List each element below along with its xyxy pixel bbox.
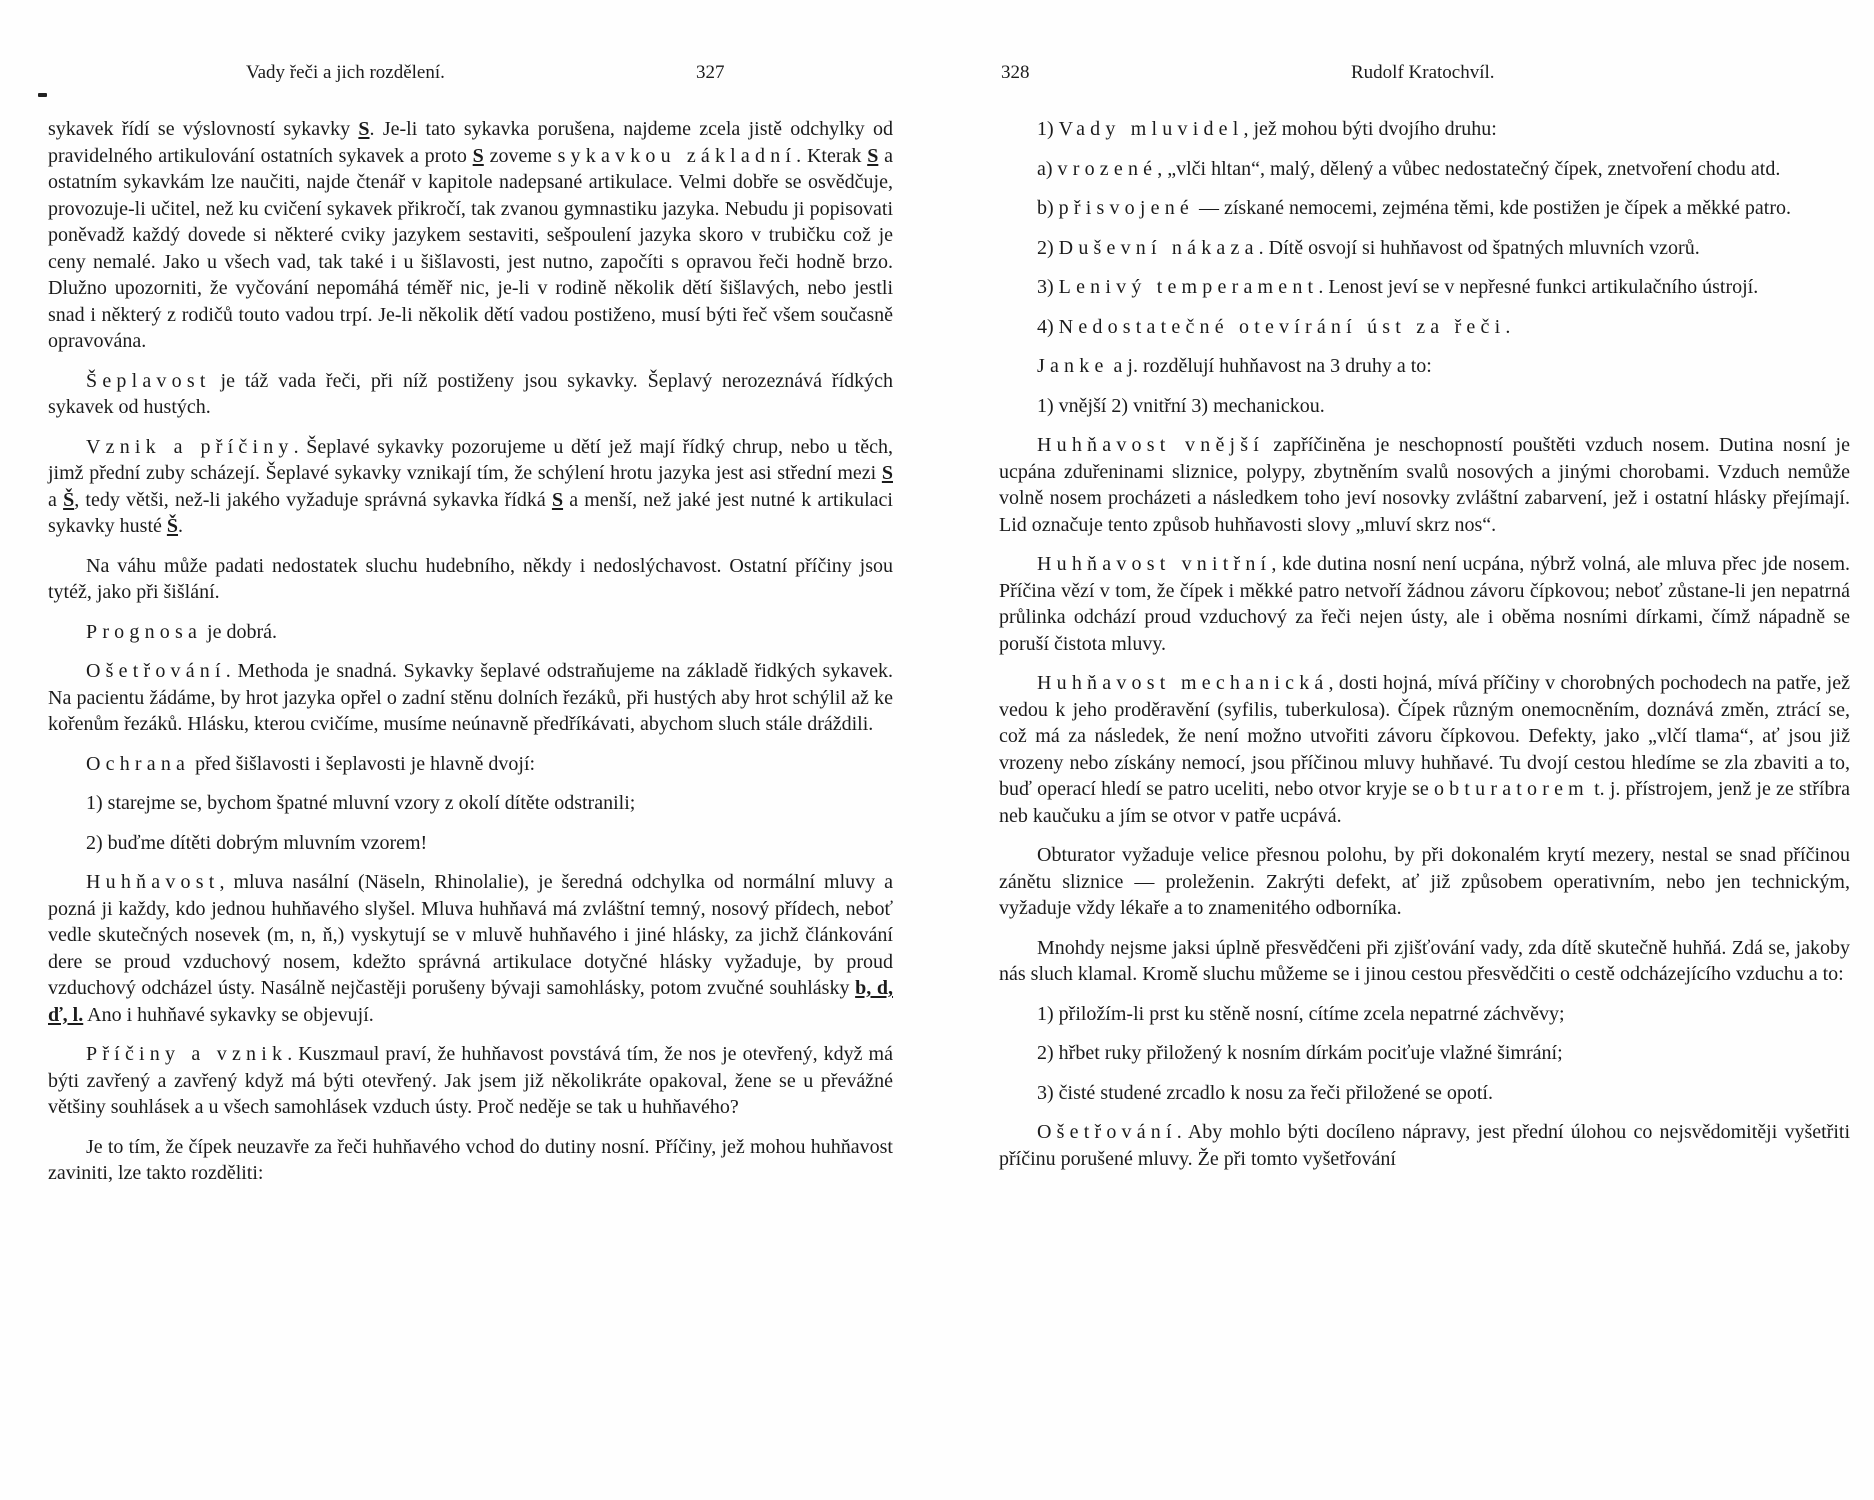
text-segment: 1) přiložím-li prst ku stěně nosní, cítí…: [1037, 1003, 1565, 1025]
text-segment: sykavek řídí se výslovností sykavky: [48, 118, 358, 140]
paragraph: sykavek řídí se výslovností sykavky S. J…: [48, 116, 893, 355]
paragraph: 1) přiložím-li prst ku stěně nosní, cítí…: [999, 1001, 1850, 1028]
text-segment: Na váhu může padati nedostatek sluchu hu…: [48, 555, 893, 604]
text-segment: Příčiny a vznik: [86, 1043, 287, 1065]
book-spread: Vady řeči a jich rozdělení. 327 sykavek …: [0, 0, 1874, 1500]
paragraph: Ochrana před šišlavosti i šeplavosti je …: [48, 751, 893, 778]
paragraph: Huhňavost vnitřní, kde dutina nosní není…: [999, 551, 1850, 657]
text-segment: Vznik a příčiny: [86, 436, 294, 458]
text-segment: , tedy větši, než-li jakého vyžaduje spr…: [74, 489, 552, 511]
text-segment: je dobrá.: [202, 621, 277, 643]
text-segment: Š: [63, 489, 74, 511]
paragraph: Je to tím, že čípek neuzavře za řeči huh…: [48, 1134, 893, 1187]
text-segment: 1): [1037, 118, 1059, 140]
text-segment: Huhňavost vnější: [1037, 434, 1264, 456]
text-segment: 2): [1037, 237, 1059, 259]
paragraph: 3) Lenivý temperament. Lenost jeví se v …: [999, 274, 1850, 301]
text-segment: vrozené: [1058, 158, 1158, 180]
text-segment: , jež mohou býti dvojího druhu:: [1243, 118, 1496, 140]
paragraph: a) vrozené, „vlči hltan“, malý, dělený a…: [999, 156, 1850, 183]
text-segment: Huhňavost: [86, 871, 219, 893]
paragraph: Mnohdy nejsme jaksi úplně přesvědčeni př…: [999, 935, 1850, 988]
paragraph: Na váhu může padati nedostatek sluchu hu…: [48, 553, 893, 606]
paragraph: Janke a j. rozdělují huhňavost na 3 druh…: [999, 353, 1850, 380]
paragraph: Huhňavost mechanická, dosti hojná, mívá …: [999, 670, 1850, 829]
text-segment: — získané nemocemi, zejména těmi, kde po…: [1194, 197, 1791, 219]
text-segment: a ostatním sykavkám lze naučiti, najde č…: [48, 145, 893, 353]
text-segment: Vady mluvidel: [1059, 118, 1244, 140]
right-page-number: 328: [1001, 62, 1030, 84]
text-segment: Ošetřování: [1037, 1121, 1177, 1143]
text-segment: přisvojené: [1059, 197, 1194, 219]
text-segment: 1) starejme se, bychom špatné mluvní vzo…: [86, 792, 635, 814]
text-segment: 2) hřbet ruky přiložený k nosním dírkám …: [1037, 1042, 1563, 1064]
paragraph: 1) vnější 2) vnitřní 3) mechanickou.: [999, 393, 1850, 420]
text-segment: 3): [1037, 276, 1059, 298]
text-segment: .: [178, 515, 183, 537]
left-page-header: Vady řeči a jich rozdělení. 327: [48, 62, 893, 92]
text-segment: Šeplavost: [86, 370, 211, 392]
paragraph: 2) Duševní nákaza. Dítě osvojí si huhňav…: [999, 235, 1850, 262]
text-segment: a): [1037, 158, 1058, 180]
text-segment: S: [882, 462, 893, 484]
left-page-number: 327: [696, 62, 725, 84]
text-segment: S: [473, 145, 484, 167]
paragraph: 2) buďme dítěti dobrým mluvním vzorem!: [48, 830, 893, 857]
paragraph: Huhňavost vnější zapříčiněna je neschopn…: [999, 432, 1850, 538]
page-327: Vady řeči a jich rozdělení. 327 sykavek …: [0, 0, 937, 1500]
left-page-body: sykavek řídí se výslovností sykavky S. J…: [48, 116, 893, 1187]
paragraph: 3) čisté studené zrcadlo k nosu za řeči …: [999, 1080, 1850, 1107]
paragraph: 1) starejme se, bychom špatné mluvní vzo…: [48, 790, 893, 817]
text-segment: a j. rozdělují huhňavost na 3 druhy a to…: [1109, 355, 1432, 377]
text-segment: Huhňavost mechanická: [1037, 672, 1329, 694]
paragraph: 4) Nedostatečné otevírání úst za řeči.: [999, 314, 1850, 341]
paragraph: Příčiny a vznik. Kuszmaul praví, že huhň…: [48, 1041, 893, 1121]
right-page-header: 328 Rudolf Kratochvíl.: [999, 62, 1850, 92]
text-segment: b): [1037, 197, 1059, 219]
text-segment: Mnohdy nejsme jaksi úplně přesvědčeni př…: [999, 937, 1850, 986]
paragraph: Šeplavost je táž vada řeči, při níž post…: [48, 368, 893, 421]
text-segment: Š: [167, 515, 178, 537]
text-segment: S: [867, 145, 878, 167]
text-segment: Obturator vyžaduje velice přesnou polohu…: [999, 844, 1850, 919]
text-segment: Ochrana: [86, 753, 190, 775]
text-segment: Nedostatečné otevírání úst za řeči.: [1059, 316, 1516, 338]
text-segment: S: [358, 118, 369, 140]
paragraph: b) přisvojené — získané nemocemi, zejmén…: [999, 195, 1850, 222]
text-segment: Prognosa: [86, 621, 202, 643]
text-segment: S: [552, 489, 563, 511]
paragraph: Prognosa je dobrá.: [48, 619, 893, 646]
text-segment: . Dítě osvojí si huhňavost od špatných m…: [1259, 237, 1700, 259]
left-running-title: Vady řeči a jich rozdělení.: [246, 62, 445, 84]
text-segment: před šišlavosti i šeplavosti je hlavně d…: [190, 753, 535, 775]
text-segment: Duševní nákaza: [1059, 237, 1259, 259]
text-segment: Ano i huhňavé sykavky se objevují.: [83, 1004, 374, 1026]
right-page-body: 1) Vady mluvidel, jež mohou býti dvojího…: [999, 116, 1850, 1172]
text-segment: Je to tím, že čípek neuzavře za řeči huh…: [48, 1136, 893, 1185]
text-segment: sykavkou základní: [558, 145, 797, 167]
right-running-title: Rudolf Kratochvíl.: [1351, 62, 1495, 84]
text-segment: 4): [1037, 316, 1059, 338]
text-segment: Ošetřování: [86, 660, 226, 682]
page-328: 328 Rudolf Kratochvíl. 1) Vady mluvidel,…: [937, 0, 1874, 1500]
text-segment: Lenivý temperament: [1059, 276, 1319, 298]
paragraph: Ošetřování. Methoda je snadná. Sykavky š…: [48, 658, 893, 738]
paragraph: 2) hřbet ruky přiložený k nosním dírkám …: [999, 1040, 1850, 1067]
paragraph: Ošetřování. Aby mohlo býti docíleno nápr…: [999, 1119, 1850, 1172]
text-segment: 2) buďme dítěti dobrým mluvním vzorem!: [86, 832, 427, 854]
text-segment: obturatorem: [1434, 778, 1589, 800]
paragraph: Obturator vyžaduje velice přesnou polohu…: [999, 842, 1850, 922]
text-segment: a: [48, 489, 63, 511]
text-segment: 3) čisté studené zrcadlo k nosu za řeči …: [1037, 1082, 1493, 1104]
text-segment: Janke: [1037, 355, 1109, 377]
text-segment: 1) vnější 2) vnitřní 3) mechanickou.: [1037, 395, 1325, 417]
paragraph: Huhňavost, mluva nasální (Näseln, Rhinol…: [48, 869, 893, 1028]
text-segment: Huhňavost vnitřní: [1037, 553, 1271, 575]
paragraph: 1) Vady mluvidel, jež mohou býti dvojího…: [999, 116, 1850, 143]
text-segment: . Kterak: [796, 145, 867, 167]
text-segment: , „vlči hltan“, malý, dělený a vůbec ned…: [1157, 158, 1780, 180]
paragraph: Vznik a příčiny. Šeplavé sykavky pozoruj…: [48, 434, 893, 540]
text-segment: . Lenost jeví se v nepřesné funkci artik…: [1318, 276, 1758, 298]
text-segment: zoveme: [484, 145, 558, 167]
